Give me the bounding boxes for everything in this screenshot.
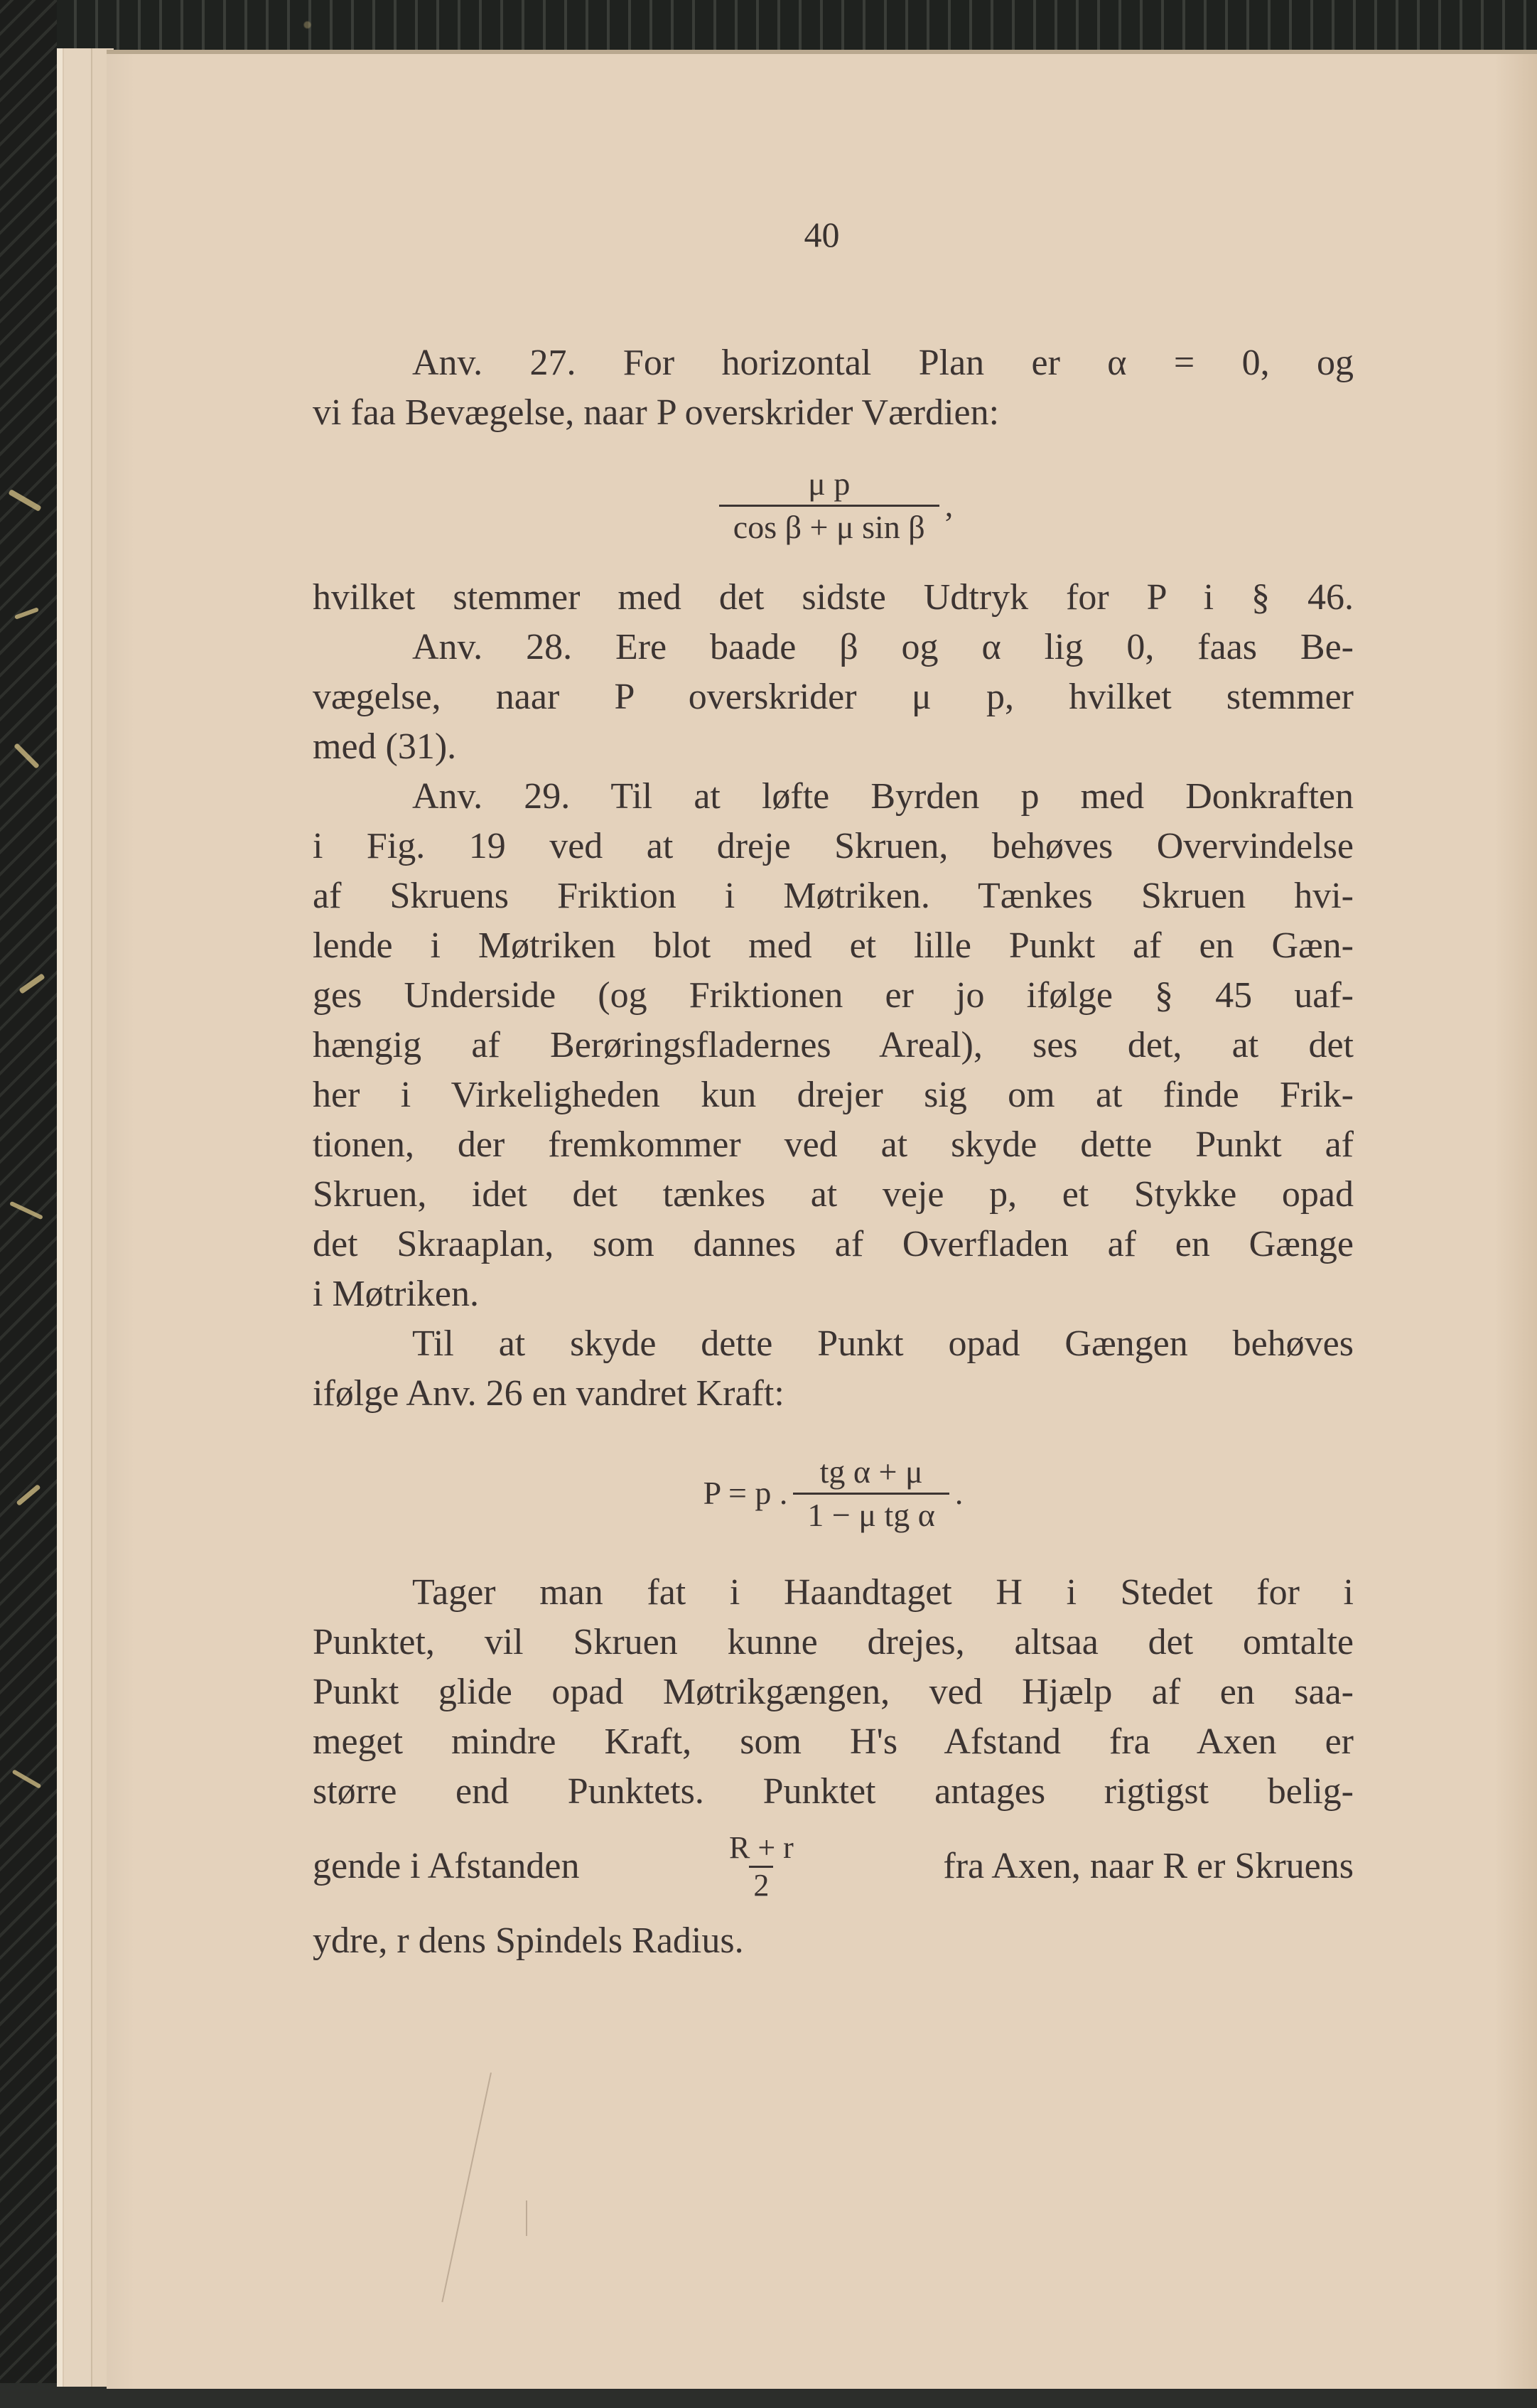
formula-trailing-punctuation: . bbox=[955, 1468, 964, 1518]
text-line: Til at skyde dette Punkt opad Gængen beh… bbox=[313, 1319, 1354, 1369]
text-line: større end Punktets. Punktet antages rig… bbox=[313, 1767, 1354, 1817]
fraction: tg α + μ 1 − μ tg α bbox=[793, 1451, 949, 1536]
formula-P-equals: P = p . tg α + μ 1 − μ tg α . bbox=[313, 1433, 1354, 1554]
formula-trailing-punctuation: , bbox=[945, 480, 954, 530]
text-line: af Skruens Friktion i Møtriken. Tænkes S… bbox=[313, 871, 1354, 921]
paper-scratch-mark bbox=[441, 2073, 492, 2302]
book-cover-left-marbled bbox=[0, 0, 57, 2408]
fraction: μ p cos β + μ sin β bbox=[719, 463, 939, 548]
formula-lhs: P = p . bbox=[703, 1468, 788, 1518]
book-cover-top-marbled bbox=[0, 0, 1537, 50]
paper-scratch-mark bbox=[526, 2200, 527, 2236]
text-line: det Skraaplan, som dannes af Overfladen … bbox=[313, 1220, 1354, 1269]
marble-vein bbox=[18, 973, 45, 994]
text-line: Anv. 27. For horizontal Plan er α = 0, o… bbox=[313, 338, 1354, 388]
marble-vein bbox=[16, 1484, 41, 1506]
fraction-denominator: 2 bbox=[749, 1866, 773, 1903]
text-line: ges Underside (og Friktionen er jo ifølg… bbox=[313, 971, 1354, 1021]
book-page: 40 Anv. 27. For horizontal Plan er α = 0… bbox=[107, 50, 1537, 2389]
text-line: vægelse, naar P overskrider μ p, hvilket… bbox=[313, 672, 1354, 722]
text-line: her i Virkeligheden kun drejer sig om at… bbox=[313, 1070, 1354, 1120]
page-stack-edges bbox=[57, 48, 114, 2387]
text-line: ydre, r dens Spindels Radius. bbox=[313, 1916, 1354, 1966]
text-line: hængig af Berøringsfladernes Areal), ses… bbox=[313, 1021, 1354, 1070]
fraction-numerator: μ p bbox=[794, 463, 864, 505]
text-line: Punkt glide opad Møtrikgængen, ved Hjælp… bbox=[313, 1667, 1354, 1717]
marble-vein bbox=[14, 607, 39, 620]
fraction-numerator: tg α + μ bbox=[806, 1451, 937, 1493]
text-line: ifølge Anv. 26 en vandret Kraft: bbox=[313, 1369, 1354, 1419]
text-line: hvilket stemmer med det sidste Udtryk fo… bbox=[313, 573, 1354, 623]
marble-vein bbox=[14, 743, 40, 769]
text-line: Skruen, idet det tænkes at veje p, et St… bbox=[313, 1170, 1354, 1220]
fraction-denominator: 1 − μ tg α bbox=[793, 1493, 949, 1536]
marble-vein bbox=[12, 1769, 42, 1789]
text-line: Anv. 29. Til at løfte Byrden p med Donkr… bbox=[313, 772, 1354, 822]
text-line: meget mindre Kraft, som H's Afstand fra … bbox=[313, 1717, 1354, 1767]
fraction-R-plus-r-over-2: R + r 2 bbox=[725, 1830, 798, 1903]
text-line: Punktet, vil Skruen kunne drejes, altsaa… bbox=[313, 1618, 1354, 1667]
text-line: i Fig. 19 ved at dreje Skruen, behøves O… bbox=[313, 822, 1354, 871]
text-segment: fra Axen, naar R er Skruens bbox=[943, 1842, 1354, 1891]
page-text: Anv. 27. For horizontal Plan er α = 0, o… bbox=[313, 338, 1354, 1966]
fraction-denominator: cos β + μ sin β bbox=[719, 505, 939, 548]
text-line: i Møtriken. bbox=[313, 1269, 1354, 1319]
fraction-numerator: R + r bbox=[725, 1830, 798, 1866]
text-line: Tager man fat i Haandtaget H i Stedet fo… bbox=[313, 1568, 1354, 1618]
text-line: Anv. 28. Ere baade β og α lig 0, faas Be… bbox=[313, 623, 1354, 672]
formula-mu-p-over-cos: μ p cos β + μ sin β , bbox=[313, 452, 1354, 559]
text-line: lende i Møtriken blot med et lille Punkt… bbox=[313, 921, 1354, 971]
marble-vein bbox=[8, 489, 41, 512]
page-number: 40 bbox=[107, 214, 1537, 255]
text-segment: gende i Afstanden bbox=[313, 1842, 579, 1891]
text-line-with-fraction: gende i Afstanden R + r 2 fra Axen, naar… bbox=[313, 1817, 1354, 1916]
text-line: tionen, der fremkommer ved at skyde dett… bbox=[313, 1120, 1354, 1170]
marble-vein bbox=[9, 1201, 43, 1220]
text-line: med (31). bbox=[313, 722, 1354, 772]
text-line: vi faa Bevægelse, naar P overskrider Vær… bbox=[313, 388, 1354, 438]
